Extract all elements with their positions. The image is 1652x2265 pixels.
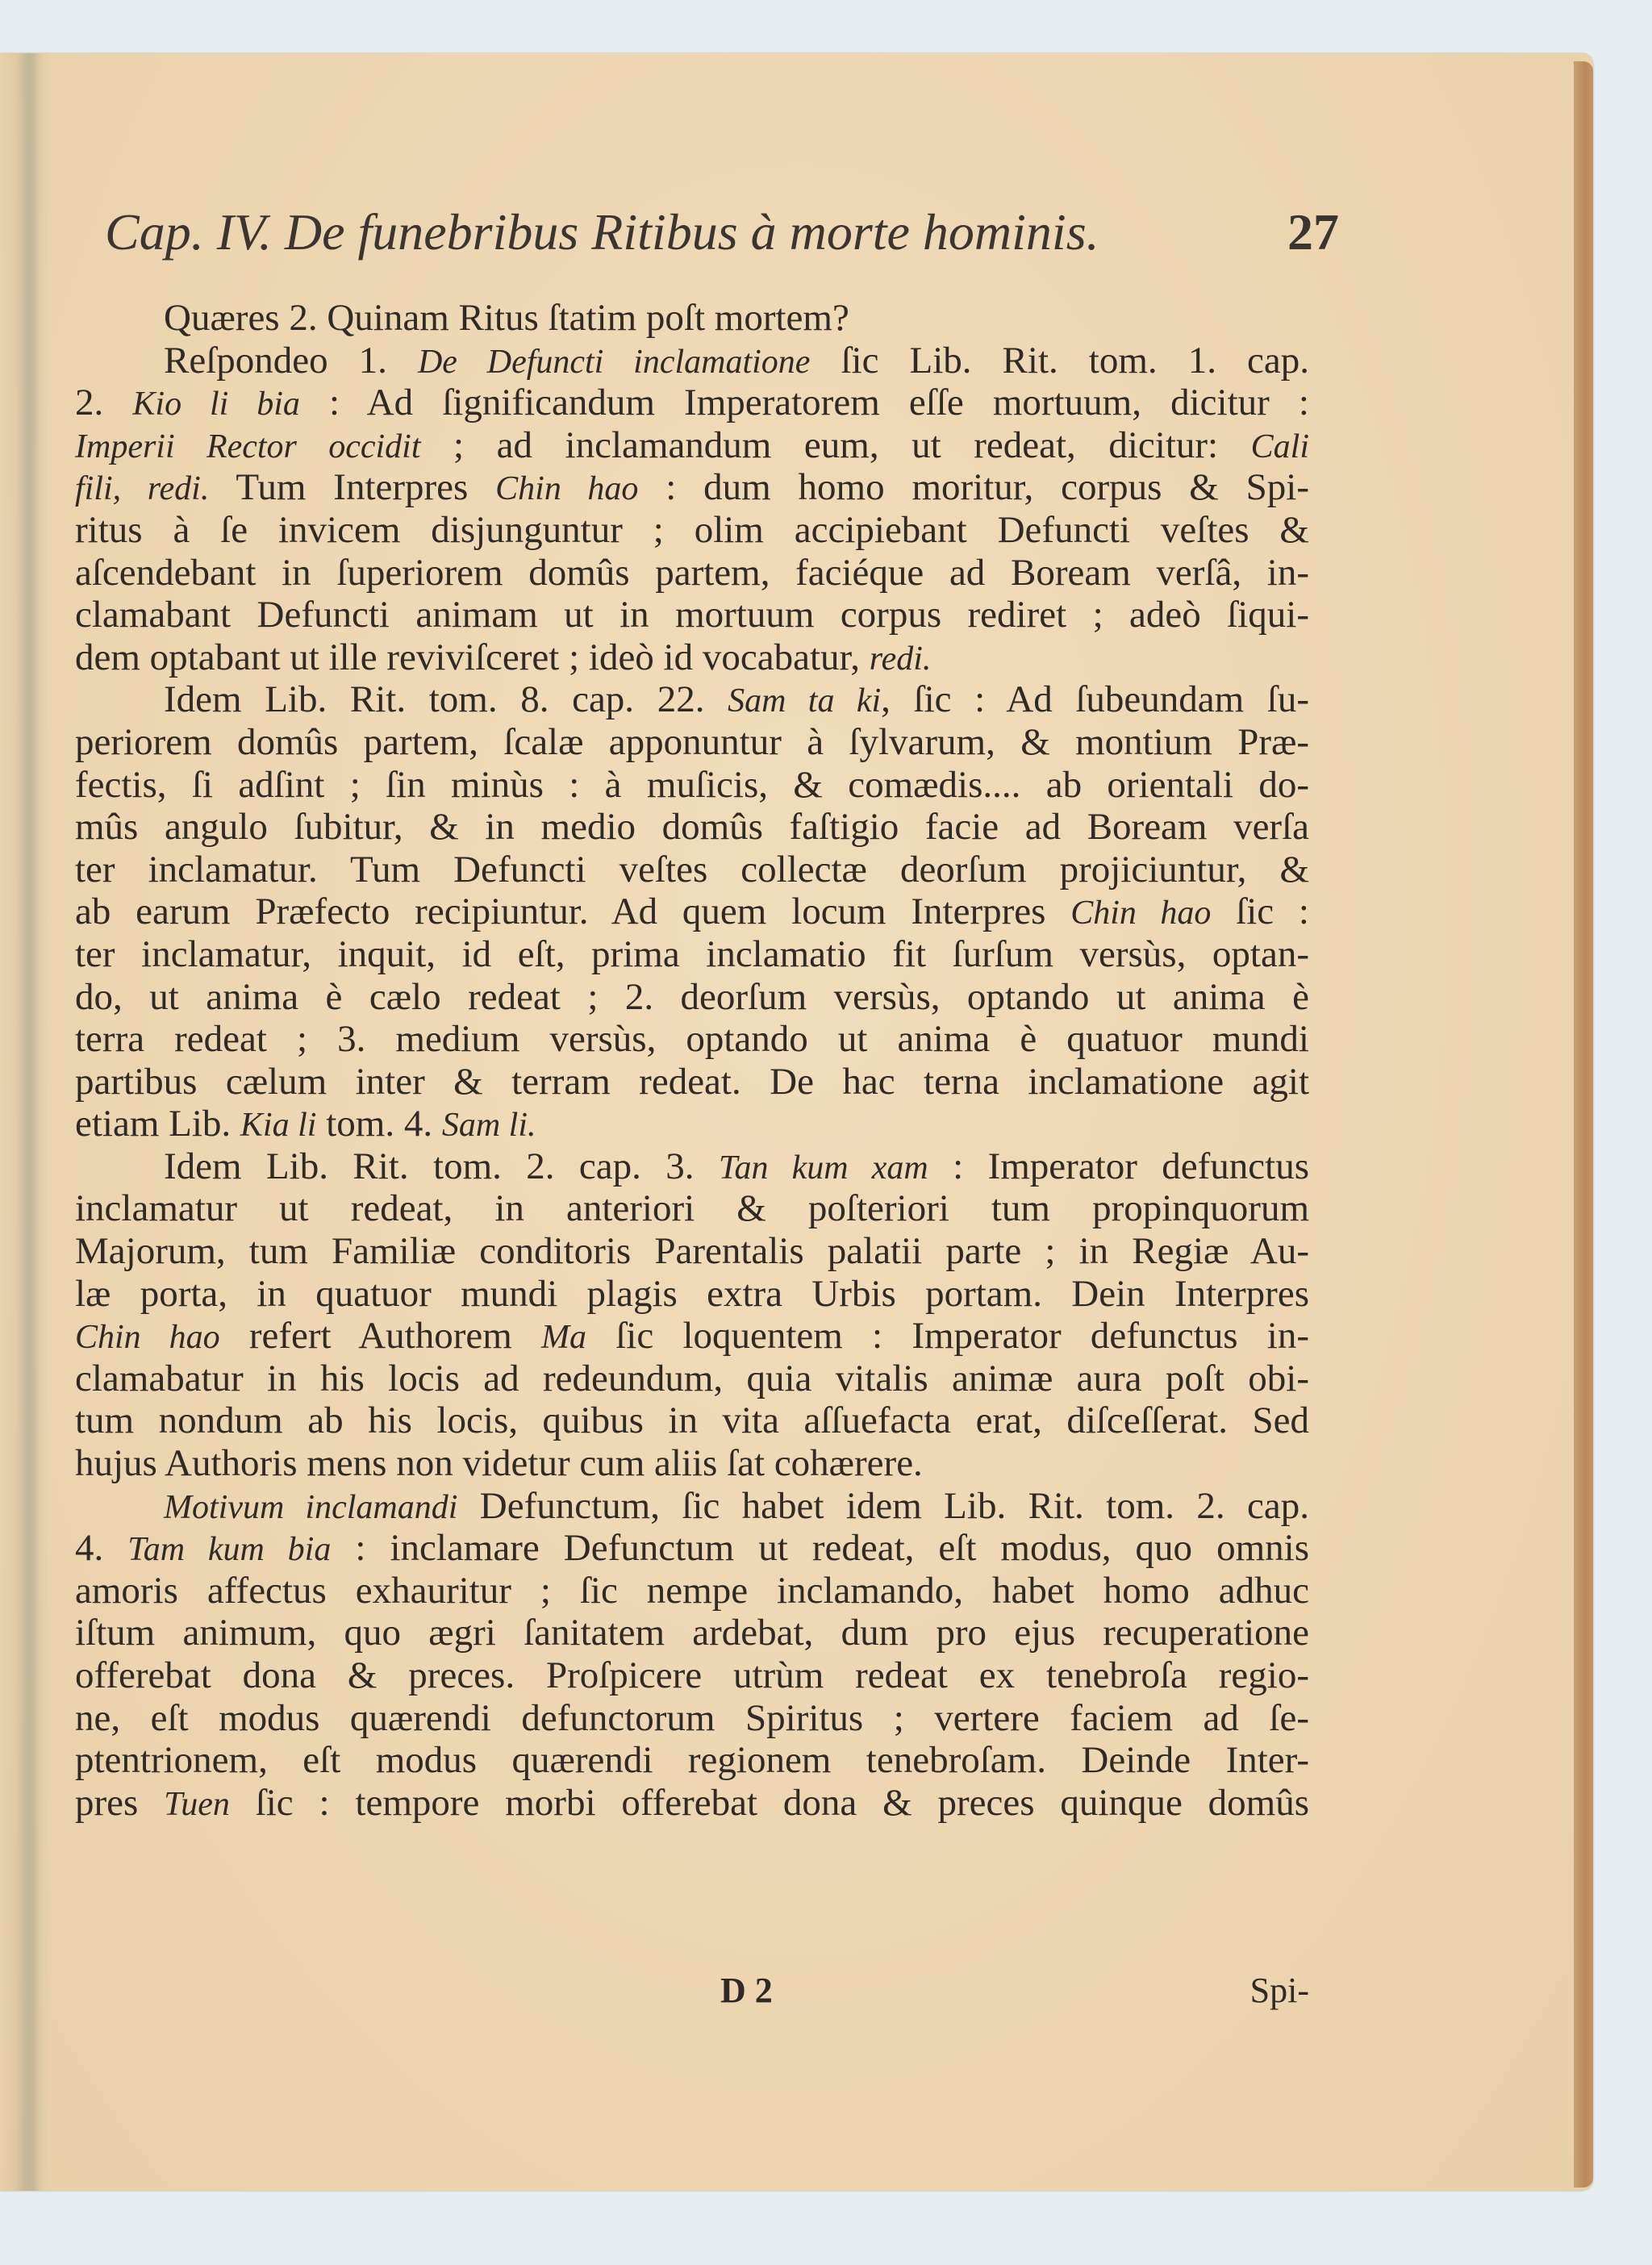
text-line: inclamatur ut redeat, in anteriori & poſ… [75, 1187, 1309, 1230]
text-line: etiam Lib. Kia li tom. 4. Sam li. [75, 1103, 1309, 1145]
text-segment: inclamatur ut redeat, in anteriori & poſ… [75, 1187, 1309, 1229]
page-footer: D 2 Spi- [75, 1970, 1309, 2018]
catchword: Spi- [1250, 1970, 1309, 2011]
text-line: Reſpondeo 1. De Defuncti inclamatione ſi… [75, 340, 1309, 382]
text-line: clamabatur in his locis ad redeundum, qu… [75, 1358, 1309, 1400]
text-segment: ſic Lib. Rit. tom. 1. cap. [810, 340, 1309, 382]
text-segment: partibus cælum inter & terram redeat. De… [75, 1061, 1309, 1103]
text-line: Idem Lib. Rit. tom. 2. cap. 3. Tan kum x… [75, 1145, 1309, 1188]
text-segment: do, ut anima è cælo redeat ; 2. deorſum … [75, 976, 1309, 1018]
text-line: Chin hao refert Authorem Ma ſic loquente… [75, 1315, 1309, 1358]
text-line: terra redeat ; 3. medium versùs, optando… [75, 1018, 1309, 1061]
text-segment: ter inclamatur, inquit, id eſt, prima in… [75, 933, 1309, 975]
text-segment: ne, eſt modus quærendi defunctorum Spiri… [75, 1697, 1309, 1739]
text-segment: ſic loquentem : Imperator defunctus in- [586, 1315, 1309, 1357]
text-segment: : inclamare Defunctum ut redeat, eſt mod… [331, 1527, 1309, 1569]
book-page: Cap. IV. De funebribus Ritibus à morte h… [0, 53, 1593, 2191]
text-line: Majorum, tum Familiæ conditoris Parental… [75, 1230, 1309, 1273]
text-segment: amoris affectus exhauritur ; ſic nempe i… [75, 1570, 1309, 1612]
italic-text: Tuen [164, 1786, 230, 1823]
italic-text: Sam ta ki [728, 682, 881, 720]
text-segment: ſic : tempore morbi offerebat dona & pre… [230, 1782, 1309, 1824]
italic-text: Ma [541, 1319, 586, 1356]
text-segment: offerebat dona & preces. Proſpicere utrù… [75, 1654, 1309, 1696]
italic-text: Kia li [240, 1107, 317, 1144]
page-edge [1574, 61, 1593, 2188]
text-segment: : Imperator defunctus [928, 1145, 1309, 1187]
text-segment: læ porta, in quatuor mundi plagis extra … [75, 1273, 1309, 1315]
text-segment: Tum Interpres [209, 466, 495, 508]
text-line: Quæres 2. Quinam Ritus ſtatim poſt morte… [75, 297, 1309, 340]
text-segment: ptentrionem, eſt modus quærendi regionem… [75, 1739, 1309, 1781]
italic-text: Chin hao [495, 470, 638, 507]
text-line: hujus Authoris mens non videtur cum alii… [75, 1442, 1309, 1485]
text-line: pres Tuen ſic : tempore morbi offerebat … [75, 1782, 1309, 1825]
text-segment: clamabant Defuncti animam ut in mortuum … [75, 594, 1309, 636]
text-line: ter inclamatur, inquit, id eſt, prima in… [75, 933, 1309, 976]
text-segment: periorem domûs partem, ſcalæ apponuntur … [75, 721, 1309, 763]
text-segment: etiam Lib. [75, 1103, 240, 1145]
gutter-shadow [16, 53, 40, 2191]
text-segment: hujus Authoris mens non videtur cum alii… [75, 1442, 923, 1484]
text-line: clamabant Defuncti animam ut in mortuum … [75, 594, 1309, 636]
text-segment: Idem Lib. Rit. tom. 2. cap. 3. [164, 1145, 719, 1187]
text-line: ne, eſt modus quærendi defunctorum Spiri… [75, 1697, 1309, 1740]
italic-text: Chin hao [75, 1319, 220, 1356]
text-line: ter inclamatur. Tum Defuncti veſtes coll… [75, 849, 1309, 891]
running-title: Cap. IV. De funebribus Ritibus à morte h… [105, 202, 1099, 262]
text-line: ab earum Præfecto recipiuntur. Ad quem l… [75, 891, 1309, 933]
text-segment: : dum homo moritur, corpus & Spi- [638, 466, 1309, 508]
text-line: partibus cælum inter & terram redeat. De… [75, 1061, 1309, 1103]
text-segment: tom. 4. [316, 1103, 441, 1145]
text-segment: Majorum, tum Familiæ conditoris Parental… [75, 1230, 1309, 1272]
text-line: offerebat dona & preces. Proſpicere utrù… [75, 1654, 1309, 1697]
text-segment: ter inclamatur. Tum Defuncti veſtes coll… [75, 849, 1309, 891]
text-segment: Idem Lib. Rit. tom. 8. cap. 22. [164, 678, 728, 720]
text-segment: refert Authorem [220, 1315, 541, 1357]
italic-text: Tam kum bia [127, 1531, 331, 1568]
text-line: periorem domûs partem, ſcalæ apponuntur … [75, 721, 1309, 764]
running-header: Cap. IV. De funebribus Ritibus à morte h… [105, 202, 1339, 267]
text-line: 4. Tam kum bia : inclamare Defunctum ut … [75, 1527, 1309, 1570]
text-segment: dem optabant ut ille reviviſceret ; ideò… [75, 636, 870, 678]
text-line: fectis, ſi adſint ; ſin minùs : à muſici… [75, 764, 1309, 807]
text-segment: Quæres 2. Quinam Ritus ſtatim poſt morte… [164, 297, 849, 339]
text-line: mûs angulo ſubitur, & in medio domûs faſ… [75, 806, 1309, 849]
text-line: Motivum inclamandi Defunctum, ſic habet … [75, 1485, 1309, 1528]
page-number: 27 [1287, 202, 1339, 262]
text-segment: ab earum Præfecto recipiuntur. Ad quem l… [75, 891, 1070, 932]
italic-text: Chin hao [1070, 895, 1211, 932]
text-segment: ritus à ſe invicem disjunguntur ; olim a… [75, 509, 1309, 551]
text-segment: pres [75, 1782, 164, 1824]
italic-text: De Defuncti inclamatione [418, 344, 810, 381]
text-segment: : Ad ſignificandum Imperatorem eſſe mort… [300, 382, 1309, 423]
text-line: tum nondum ab his locis, quibus in vita … [75, 1399, 1309, 1442]
italic-text: Cali [1251, 428, 1309, 465]
text-segment: terra redeat ; 3. medium versùs, optando… [75, 1018, 1309, 1060]
text-line: do, ut anima è cælo redeat ; 2. deorſum … [75, 976, 1309, 1019]
text-line: Imperii Rector occidit ; ad inclamandum … [75, 424, 1309, 467]
text-line: aſcendebant in ſuperiorem domûs partem, … [75, 552, 1309, 594]
text-line: fili, redi. Tum Interpres Chin hao : dum… [75, 466, 1309, 509]
text-segment: tum nondum ab his locis, quibus in vita … [75, 1399, 1309, 1441]
text-line: ritus à ſe invicem disjunguntur ; olim a… [75, 509, 1309, 552]
text-line: 2. Kio li bia : Ad ſignificandum Imperat… [75, 382, 1309, 424]
text-segment: fectis, ſi adſint ; ſin minùs : à muſici… [75, 764, 1309, 806]
text-segment: clamabatur in his locis ad redeundum, qu… [75, 1358, 1309, 1399]
body-text: Quæres 2. Quinam Ritus ſtatim poſt morte… [75, 297, 1309, 1824]
text-line: Idem Lib. Rit. tom. 8. cap. 22. Sam ta k… [75, 678, 1309, 721]
text-segment: ſic : [1211, 891, 1309, 932]
text-segment: 4. [75, 1527, 127, 1569]
text-line: dem optabant ut ille reviviſceret ; ideò… [75, 636, 1309, 679]
italic-text: Motivum inclamandi [164, 1489, 457, 1526]
text-segment: ; ad inclamandum eum, ut redeat, dicitur… [420, 424, 1250, 466]
italic-text: Sam li. [442, 1107, 536, 1144]
italic-text: Kio li bia [132, 386, 299, 423]
text-segment: aſcendebant in ſuperiorem domûs partem, … [75, 552, 1309, 594]
text-segment: iſtum animum, quo ægri ſanitatem ardebat… [75, 1612, 1309, 1654]
signature-mark: D 2 [720, 1970, 773, 2011]
text-segment: , ſic : Ad ſubeundam ſu- [881, 678, 1309, 720]
italic-text: Tan kum xam [719, 1149, 928, 1187]
text-line: amoris affectus exhauritur ; ſic nempe i… [75, 1570, 1309, 1612]
text-line: iſtum animum, quo ægri ſanitatem ardebat… [75, 1612, 1309, 1654]
text-segment: 2. [75, 382, 132, 423]
text-segment: mûs angulo ſubitur, & in medio domûs faſ… [75, 806, 1309, 848]
italic-text: fili, redi. [75, 470, 209, 507]
italic-text: Imperii Rector occidit [75, 428, 420, 465]
text-line: ptentrionem, eſt modus quærendi regionem… [75, 1739, 1309, 1782]
text-line: læ porta, in quatuor mundi plagis extra … [75, 1273, 1309, 1316]
text-segment: Defunctum, ſic habet idem Lib. Rit. tom.… [457, 1485, 1309, 1527]
italic-text: redi. [870, 640, 932, 678]
text-segment: Reſpondeo 1. [164, 340, 418, 382]
